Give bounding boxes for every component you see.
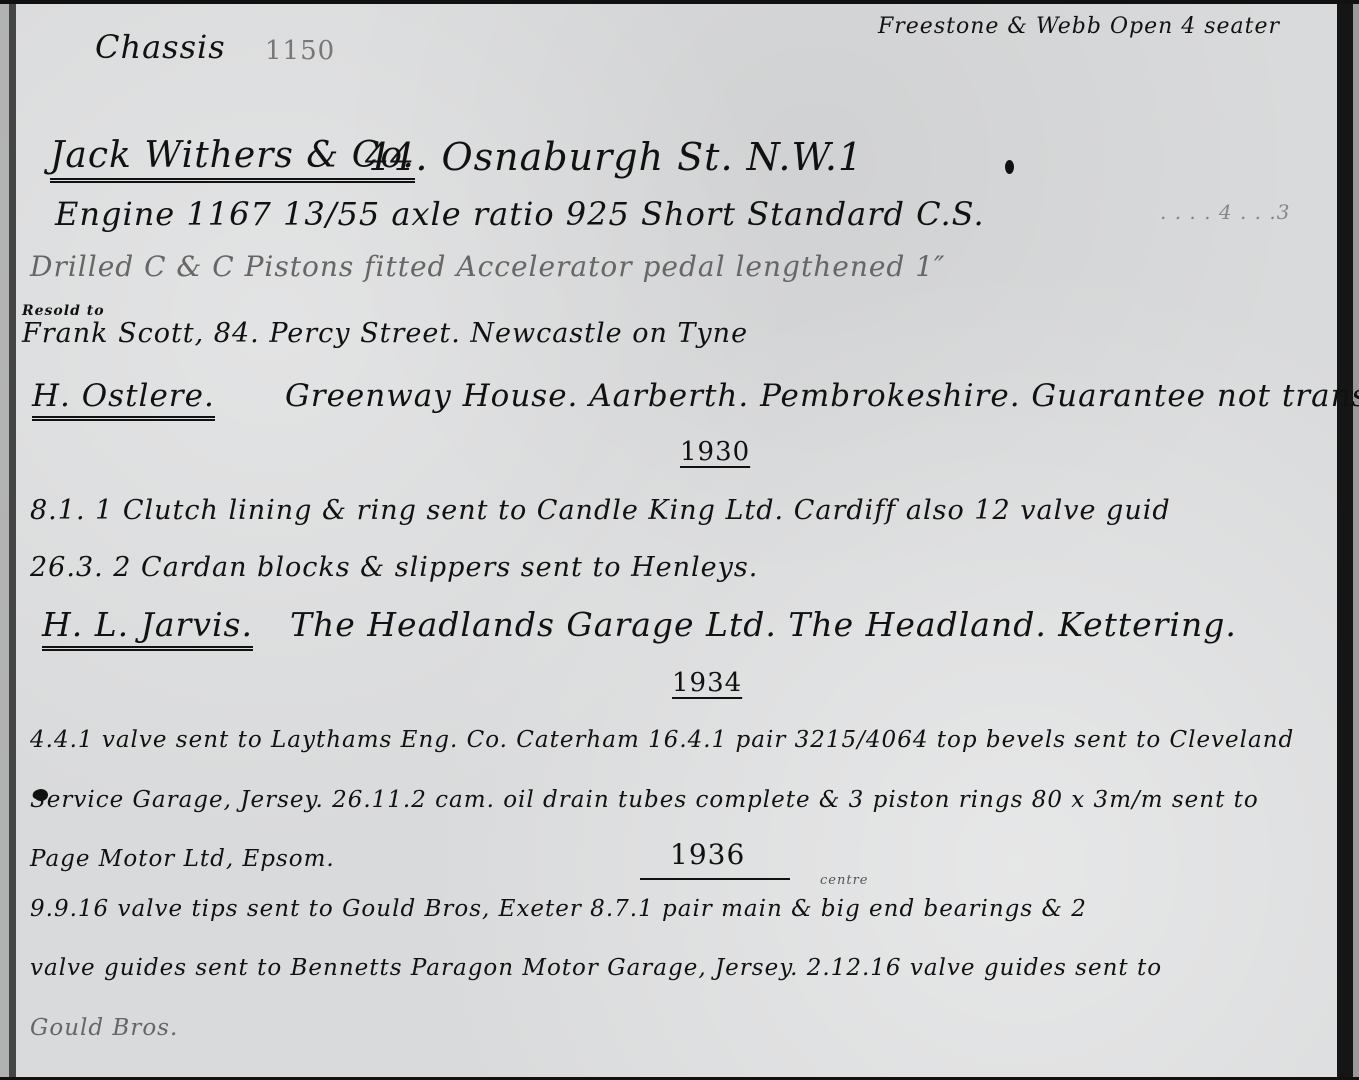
scan-edge-left bbox=[0, 0, 9, 1080]
first-owner-address: 44. Osnaburgh St. N.W.1 bbox=[365, 135, 863, 179]
record-card: Chassis 1150 Freestone & Webb Open 4 sea… bbox=[0, 0, 1359, 1080]
resold-owner: Frank Scott, 84. Percy Street. Newcastle… bbox=[22, 318, 748, 349]
service-entry: Gould Bros. bbox=[30, 1015, 178, 1041]
frame-border-top bbox=[0, 0, 1359, 4]
year-heading-1930: 1930 bbox=[680, 437, 750, 467]
engine-spec-line: Engine 1167 13/55 axle ratio 925 Short S… bbox=[55, 195, 985, 233]
third-owner-name: H. L. Jarvis. bbox=[42, 605, 253, 651]
service-entry: 4.4.1 valve sent to Laythams Eng. Co. Ca… bbox=[30, 727, 1294, 753]
first-owner-name: Jack Withers & Co. bbox=[50, 135, 415, 183]
ink-blot bbox=[1005, 160, 1014, 174]
second-owner-address: Greenway House. Aarberth. Pembrokeshire.… bbox=[285, 378, 1359, 414]
service-entry: 26.3. 2 Cardan blocks & slippers sent to… bbox=[30, 552, 758, 583]
ink-blot bbox=[34, 789, 48, 801]
frame-border-left bbox=[9, 0, 16, 1080]
service-entry: Service Garage, Jersey. 26.11.2 cam. oil… bbox=[30, 787, 1259, 813]
service-entry: Page Motor Ltd, Epsom. bbox=[30, 846, 335, 872]
service-entry: 9.9.16 valve tips sent to Gould Bros, Ex… bbox=[30, 896, 1087, 922]
engine-spec-faint-tail: . . . . 4 . . .3 bbox=[1160, 200, 1290, 224]
resold-note: Resold to bbox=[22, 303, 105, 319]
scan-edge-right bbox=[1353, 0, 1359, 1080]
fittings-line: Drilled C & C Pistons fitted Accelerator… bbox=[30, 250, 946, 283]
service-entry: valve guides sent to Bennetts Paragon Mo… bbox=[30, 955, 1162, 981]
coachbuilder-note: Freestone & Webb Open 4 seater bbox=[878, 14, 1280, 39]
chassis-number: 1150 bbox=[265, 36, 335, 66]
second-owner-name: H. Ostlere. bbox=[32, 378, 215, 421]
third-owner-address: The Headlands Garage Ltd. The Headland. … bbox=[290, 605, 1237, 644]
year-heading-1936: 1936 bbox=[670, 838, 745, 871]
service-entry: 8.1. 1 Clutch lining & ring sent to Cand… bbox=[30, 495, 1171, 526]
margin-note: centre bbox=[820, 873, 868, 888]
year-underline bbox=[640, 878, 790, 880]
frame-border-right bbox=[1337, 0, 1353, 1080]
year-heading-1934: 1934 bbox=[672, 668, 742, 698]
chassis-label: Chassis bbox=[95, 28, 226, 66]
